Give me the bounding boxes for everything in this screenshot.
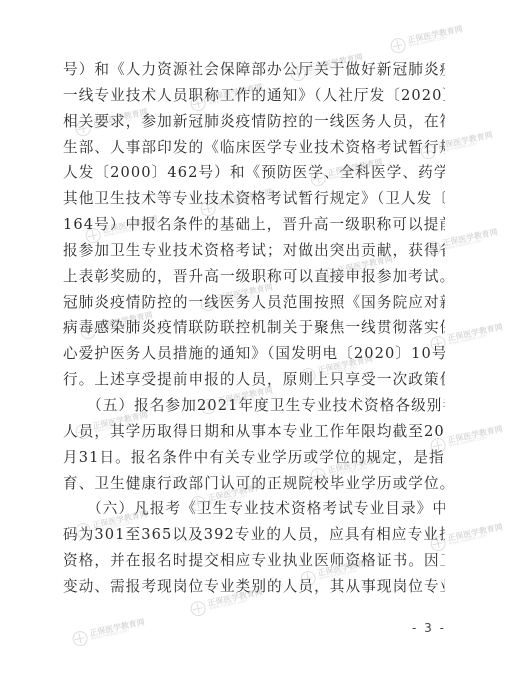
text-line: 变动、需报考现岗位专业类别的人员，其从事现岗位专业工作时 xyxy=(63,574,445,600)
cross-circle-logo-icon xyxy=(71,630,89,648)
watermark: 正保医学教育网www.med66.com xyxy=(389,24,465,54)
body-text: 号）和《人力资源社会保障部办公厅关于做好新冠肺炎疫情防控 一线专业技术人员职称工… xyxy=(63,57,445,600)
text-line: 冠肺炎疫情防控的一线医务人员范围按照《国务院应对新型冠状 xyxy=(63,290,445,316)
text-line: 行。上述享受提前申报的人员，原则上只享受一次政策优惠。 xyxy=(63,367,445,393)
page-number: - 3 - xyxy=(412,621,446,635)
text-line: 号）和《人力资源社会保障部办公厅关于做好新冠肺炎疫情防控 xyxy=(63,57,445,83)
text-line: 生部、人事部印发的《临床医学专业技术资格考试暂行规定》（卫 xyxy=(63,135,445,161)
text-line: 育、卫生健康行政部门认可的正规院校毕业学历或学位。 xyxy=(63,471,445,497)
text-line: 人员，其学历取得日期和从事本专业工作年限均截至2020年12 xyxy=(63,419,445,445)
text-line: 一线专业技术人员职称工作的通知》（人社厅发〔2020〕23号） xyxy=(63,83,445,109)
text-line: 164号）中报名条件的基础上，晋升高一级职称可以提前一年申 xyxy=(63,212,445,238)
text-line: 报参加卫生专业技术资格考试；对做出突出贡献，获得省部级以 xyxy=(63,238,445,264)
text-line: 月31日。报名条件中有关专业学历或学位的规定，是指国家教 xyxy=(63,445,445,471)
cross-circle-logo-icon xyxy=(389,37,407,55)
text-line: 相关要求，参加新冠肺炎疫情防控的一线医务人员，在符合原卫 xyxy=(63,109,445,135)
text-line: 人发〔2000〕462号）和《预防医学、全科医学、药学、护理、 xyxy=(63,160,445,186)
text-line: 心爱护医务人员措施的通知》（国发明电〔2020〕10号）规定执 xyxy=(63,341,445,367)
document-page: 号）和《人力资源社会保障部办公厅关于做好新冠肺炎疫情防控 一线专业技术人员职称工… xyxy=(0,0,505,684)
text-line: 其他卫生技术等专业技术资格考试暂行规定》（卫人发〔2001〕 xyxy=(63,186,445,212)
cross-circle-logo-icon xyxy=(189,600,207,618)
paragraph-five-start: （五）报名参加2021年度卫生专业技术资格各级别考试的 xyxy=(63,393,445,419)
text-line: 资格，并在报名时提交相应专业执业医师资格证书。因工作岗位 xyxy=(63,548,445,574)
text-line: 病毒感染肺炎疫情联防联控机制关于聚焦一线贯彻落实保护关 xyxy=(63,315,445,341)
text-line: 码为301至365以及392专业的人员，应具有相应专业执业医师 xyxy=(63,522,445,548)
text-line: 上表彰奖励的，晋升高一级职称可以直接申报参加考试。参加新 xyxy=(63,264,445,290)
watermark: 正保医学教育网www.med66.com xyxy=(71,617,147,647)
paragraph-six-start: （六）凡报考《卫生专业技术资格考试专业目录》中专业代 xyxy=(63,496,445,522)
